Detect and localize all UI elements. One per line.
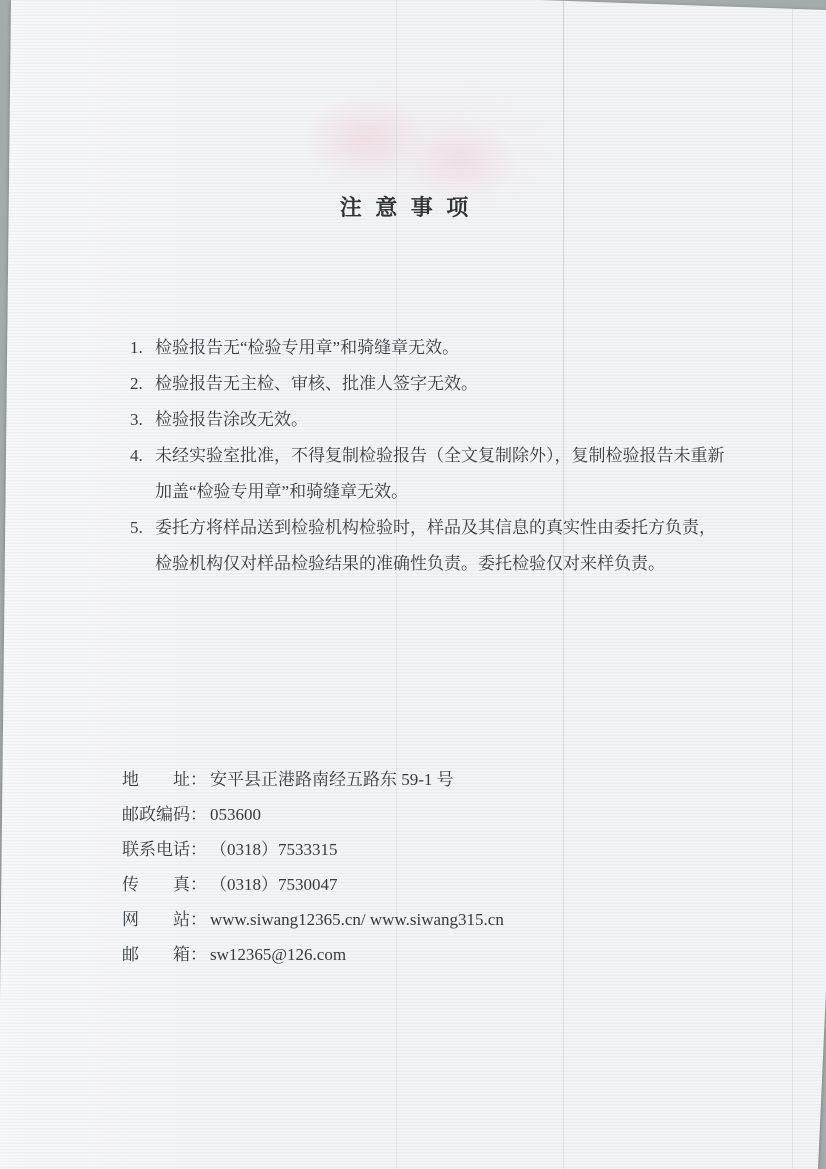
contact-row-website: 网 站： www.siwang12365.cn/ www.siwang315.c… bbox=[122, 902, 504, 937]
notice-text: 检验报告无主检、审核、批准人签字无效。 bbox=[155, 366, 766, 402]
notice-number: 4. bbox=[130, 438, 155, 474]
contact-row-postcode: 邮政编码： 053600 bbox=[122, 797, 504, 832]
notice-text: 未经实验室批准，不得复制检验报告（全文复制除外），复制检验报告未重新 加盖“检验… bbox=[155, 438, 766, 510]
notice-item-3: 3. 检验报告涂改无效。 bbox=[130, 402, 766, 438]
notice-list: 1. 检验报告无“检验专用章”和骑缝章无效。 2. 检验报告无主检、审核、批准人… bbox=[130, 330, 766, 582]
contact-label: 传 真： bbox=[122, 867, 207, 902]
notice-number: 5. bbox=[130, 510, 155, 546]
document-content: 注 意 事 项 1. 检验报告无“检验专用章”和骑缝章无效。 2. 检验报告无主… bbox=[0, 0, 826, 1169]
contact-label: 网 站： bbox=[122, 902, 207, 937]
contact-value: www.siwang12365.cn/ www.siwang315.cn bbox=[210, 902, 504, 937]
contact-row-email: 邮 箱： sw12365@126.com bbox=[122, 937, 504, 972]
contact-block: 地 址： 安平县正港路南经五路东 59-1 号 邮政编码： 053600 联系电… bbox=[122, 762, 504, 972]
contact-value: （0318）7530047 bbox=[210, 867, 338, 902]
contact-row-fax: 传 真： （0318）7530047 bbox=[122, 867, 504, 902]
notice-text: 检验报告涂改无效。 bbox=[155, 402, 766, 438]
notice-number: 2. bbox=[130, 366, 155, 402]
notice-item-1: 1. 检验报告无“检验专用章”和骑缝章无效。 bbox=[130, 330, 766, 366]
contact-value: 053600 bbox=[210, 797, 261, 832]
notice-text: 检验报告无“检验专用章”和骑缝章无效。 bbox=[155, 330, 766, 366]
contact-label: 联系电话： bbox=[122, 832, 207, 867]
notice-text: 委托方将样品送到检验机构检验时，样品及其信息的真实性由委托方负责， 检验机构仅对… bbox=[155, 510, 766, 582]
contact-row-address: 地 址： 安平县正港路南经五路东 59-1 号 bbox=[122, 762, 504, 797]
notice-item-5: 5. 委托方将样品送到检验机构检验时，样品及其信息的真实性由委托方负责， 检验机… bbox=[130, 510, 766, 582]
contact-row-phone: 联系电话： （0318）7533315 bbox=[122, 832, 504, 867]
contact-value: sw12365@126.com bbox=[210, 937, 346, 972]
page-title: 注 意 事 项 bbox=[0, 191, 812, 222]
contact-value: 安平县正港路南经五路东 59-1 号 bbox=[210, 762, 454, 797]
notice-item-4: 4. 未经实验室批准，不得复制检验报告（全文复制除外），复制检验报告未重新 加盖… bbox=[130, 438, 766, 510]
notice-number: 1. bbox=[130, 330, 155, 366]
contact-label: 邮 箱： bbox=[122, 937, 207, 972]
scanned-sheet-wrap: 注 意 事 项 1. 检验报告无“检验专用章”和骑缝章无效。 2. 检验报告无主… bbox=[0, 0, 826, 1169]
paper-sheet: 注 意 事 项 1. 检验报告无“检验专用章”和骑缝章无效。 2. 检验报告无主… bbox=[0, 0, 826, 1169]
contact-value: （0318）7533315 bbox=[210, 832, 338, 867]
notice-item-2: 2. 检验报告无主检、审核、批准人签字无效。 bbox=[130, 366, 766, 402]
contact-label: 地 址： bbox=[122, 762, 207, 797]
notice-number: 3. bbox=[130, 402, 155, 438]
contact-label: 邮政编码： bbox=[122, 797, 207, 832]
